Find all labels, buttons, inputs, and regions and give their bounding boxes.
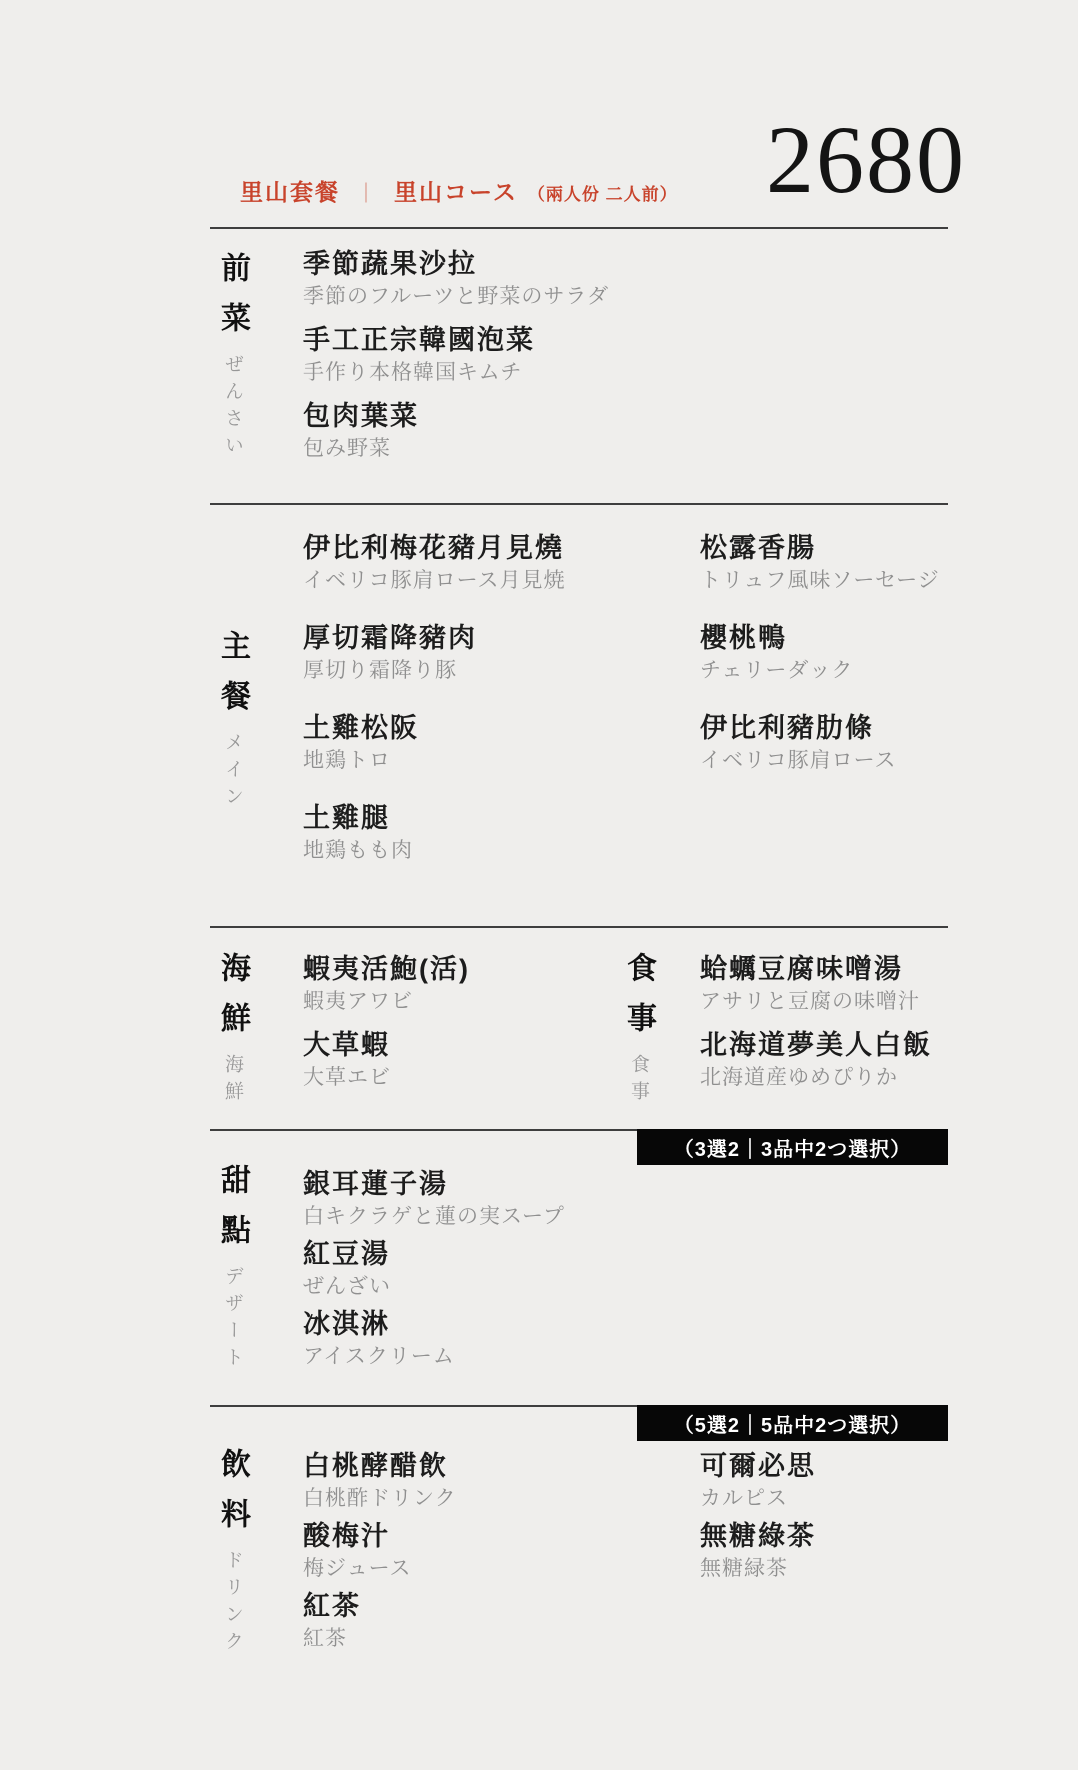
menu-item: 銀耳蓮子湯 白キクラゲと蓮の実スープ [303, 1166, 565, 1232]
item-name: 伊比利豬肋條 [700, 710, 940, 746]
menu-item: 酸梅汁 梅ジュース [303, 1518, 457, 1584]
divider [210, 926, 948, 928]
item-desc: イベリコ豚肩ロース [700, 746, 940, 776]
section-label-appetizer: 前菜 ぜんさい [210, 252, 254, 462]
section-label-zh: 前菜 [210, 252, 254, 352]
section-label-ja: ドリンク [217, 1550, 247, 1658]
section-label-ja: ぜんさい [217, 354, 247, 462]
divider [210, 503, 948, 505]
section-label-meal: 食事 食事 [616, 952, 660, 1108]
item-desc: 手作り本格韓国キムチ [303, 358, 609, 388]
menu-item: 紅茶 紅茶 [303, 1588, 457, 1654]
item-name: 蝦夷活鮑(活) [303, 951, 470, 987]
item-name: 厚切霜降豬肉 [303, 620, 566, 656]
item-desc: 厚切り霜降り豚 [303, 656, 566, 686]
item-desc: 季節のフルーツと野菜のサラダ [303, 282, 609, 312]
section-label-seafood: 海鮮 海鮮 [210, 952, 254, 1108]
item-name: 可爾必思 [700, 1448, 816, 1484]
section-label-ja: メイン [217, 732, 247, 813]
menu-item: 白桃酵醋飲 白桃酢ドリンク [303, 1448, 457, 1514]
section-label-zh: 主餐 [210, 630, 254, 730]
item-name: 土雞腿 [303, 800, 566, 836]
item-name: 季節蔬果沙拉 [303, 246, 609, 282]
item-name: 櫻桃鴨 [700, 620, 940, 656]
item-name: 包肉葉菜 [303, 398, 609, 434]
serving-note: （兩人份 二人前） [528, 180, 678, 205]
item-name: 北海道夢美人白飯 [700, 1027, 932, 1063]
drinks-items-column-2: 可爾必思 カルピス 無糖綠茶 無糖緑茶 [700, 1448, 816, 1588]
meal-items: 蛤蠣豆腐味噌湯 アサリと豆腐の味噌汁 北海道夢美人白飯 北海道産ゆめぴりか [700, 951, 932, 1103]
section-label-dessert: 甜點 デザート [210, 1164, 254, 1374]
item-name: 冰淇淋 [303, 1306, 565, 1342]
course-name-zh: 里山套餐 [240, 174, 340, 207]
item-name: 手工正宗韓國泡菜 [303, 322, 609, 358]
item-name: 大草蝦 [303, 1027, 470, 1063]
item-desc: アサリと豆腐の味噌汁 [700, 987, 932, 1017]
item-name: 紅豆湯 [303, 1236, 565, 1272]
item-desc: チェリーダック [700, 656, 940, 686]
menu-item: 冰淇淋 アイスクリーム [303, 1306, 565, 1372]
menu-item: 北海道夢美人白飯 北海道産ゆめぴりか [700, 1027, 932, 1093]
section-label-zh: 飲料 [210, 1448, 254, 1548]
item-name: 白桃酵醋飲 [303, 1448, 457, 1484]
section-label-zh: 海鮮 [210, 952, 254, 1052]
item-desc: 蝦夷アワビ [303, 987, 470, 1017]
item-desc: イベリコ豚肩ロース月見焼 [303, 566, 566, 596]
item-desc: カルピス [700, 1484, 816, 1514]
menu-item: 櫻桃鴨 チェリーダック [700, 620, 940, 686]
drinks-items-column-1: 白桃酵醋飲 白桃酢ドリンク 酸梅汁 梅ジュース 紅茶 紅茶 [303, 1448, 457, 1658]
section-label-zh: 食事 [616, 952, 660, 1052]
menu-item: 蝦夷活鮑(活) 蝦夷アワビ [303, 951, 470, 1017]
main-items-column-1: 伊比利梅花豬月見燒 イベリコ豚肩ロース月見焼 厚切霜降豬肉 厚切り霜降り豚 土雞… [303, 530, 566, 890]
menu-item: 大草蝦 大草エビ [303, 1027, 470, 1093]
item-name: 銀耳蓮子湯 [303, 1166, 565, 1202]
course-title: 里山套餐 ｜ 里山コース （兩人份 二人前） [240, 174, 678, 207]
menu-item: 土雞腿 地鶏もも肉 [303, 800, 566, 866]
seafood-items: 蝦夷活鮑(活) 蝦夷アワビ 大草蝦 大草エビ [303, 951, 470, 1103]
section-label-ja: 海鮮 [217, 1054, 247, 1108]
menu-item: 松露香腸 トリュフ風味ソーセージ [700, 530, 940, 596]
menu-item: 季節蔬果沙拉 季節のフルーツと野菜のサラダ [303, 246, 609, 312]
item-desc: ぜんざい [303, 1272, 565, 1302]
choice-count-badge: （5選2｜5品中2つ選択） [637, 1405, 948, 1441]
section-label-zh: 甜點 [210, 1164, 254, 1264]
menu-item: 可爾必思 カルピス [700, 1448, 816, 1514]
menu-item: 伊比利豬肋條 イベリコ豚肩ロース [700, 710, 940, 776]
item-name: 伊比利梅花豬月見燒 [303, 530, 566, 566]
menu-item: 伊比利梅花豬月見燒 イベリコ豚肩ロース月見焼 [303, 530, 566, 596]
menu-item: 紅豆湯 ぜんざい [303, 1236, 565, 1302]
item-name: 土雞松阪 [303, 710, 566, 746]
price: 2680 [766, 112, 966, 208]
item-desc: 梅ジュース [303, 1554, 457, 1584]
item-desc: 地鶏トロ [303, 746, 566, 776]
main-items-column-2: 松露香腸 トリュフ風味ソーセージ 櫻桃鴨 チェリーダック 伊比利豬肋條 イベリコ… [700, 530, 940, 800]
menu-item: 蛤蠣豆腐味噌湯 アサリと豆腐の味噌汁 [700, 951, 932, 1017]
item-desc: 北海道産ゆめぴりか [700, 1063, 932, 1093]
item-desc: 白キクラゲと蓮の実スープ [303, 1202, 565, 1232]
dessert-items: 銀耳蓮子湯 白キクラゲと蓮の実スープ 紅豆湯 ぜんざい 冰淇淋 アイスクリーム [303, 1166, 565, 1376]
item-desc: アイスクリーム [303, 1342, 565, 1372]
menu-item: 土雞松阪 地鶏トロ [303, 710, 566, 776]
item-name: 紅茶 [303, 1588, 457, 1624]
course-name-ja: 里山コース [394, 174, 518, 207]
item-desc: 地鶏もも肉 [303, 836, 566, 866]
section-label-ja: 食事 [623, 1054, 653, 1108]
item-desc: トリュフ風味ソーセージ [700, 566, 940, 596]
item-name: 松露香腸 [700, 530, 940, 566]
item-name: 蛤蠣豆腐味噌湯 [700, 951, 932, 987]
item-desc: 紅茶 [303, 1624, 457, 1654]
item-name: 無糖綠茶 [700, 1518, 816, 1554]
choice-count-badge: （3選2｜3品中2つ選択） [637, 1129, 948, 1165]
item-desc: 無糖緑茶 [700, 1554, 816, 1584]
menu-item: 包肉葉菜 包み野菜 [303, 398, 609, 464]
menu-item: 無糖綠茶 無糖緑茶 [700, 1518, 816, 1584]
title-separator: ｜ [356, 177, 378, 206]
menu-page: 里山套餐 ｜ 里山コース （兩人份 二人前） 2680 前菜 ぜんさい 季節蔬果… [0, 0, 1078, 1770]
divider [210, 227, 948, 229]
item-desc: 白桃酢ドリンク [303, 1484, 457, 1514]
section-label-ja: デザート [217, 1266, 247, 1374]
item-desc: 包み野菜 [303, 434, 609, 464]
menu-item: 手工正宗韓國泡菜 手作り本格韓国キムチ [303, 322, 609, 388]
section-label-main: 主餐 メイン [210, 630, 254, 813]
menu-item: 厚切霜降豬肉 厚切り霜降り豚 [303, 620, 566, 686]
item-name: 酸梅汁 [303, 1518, 457, 1554]
appetizer-items: 季節蔬果沙拉 季節のフルーツと野菜のサラダ 手工正宗韓國泡菜 手作り本格韓国キム… [303, 246, 609, 474]
item-desc: 大草エビ [303, 1063, 470, 1093]
section-label-drinks: 飲料 ドリンク [210, 1448, 254, 1658]
